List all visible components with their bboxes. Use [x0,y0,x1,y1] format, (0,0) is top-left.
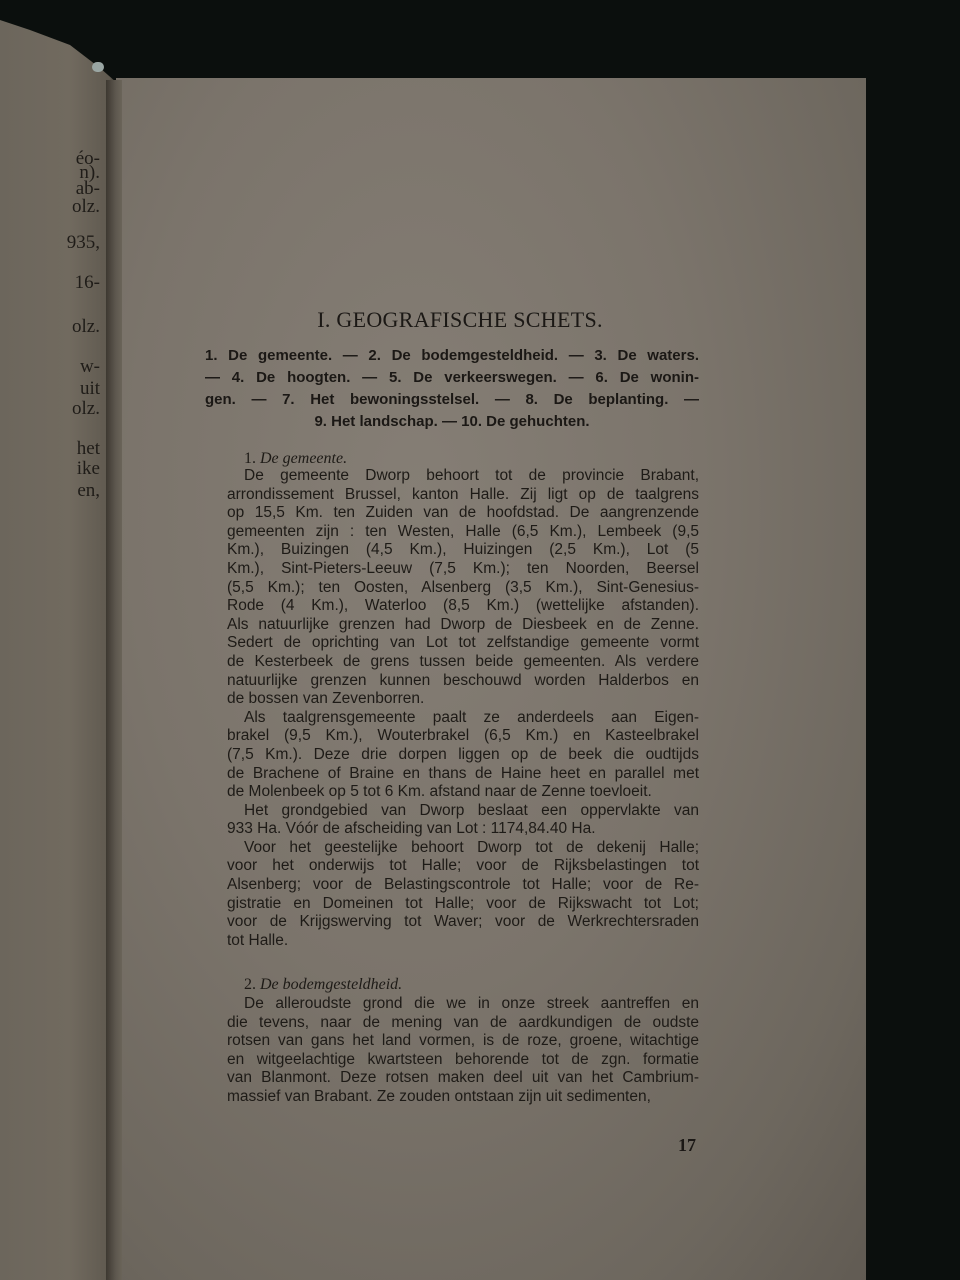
summary-line: 9. Het landschap. — 10. De gehuchten. [205,411,699,433]
section-heading-bodemgesteldheid: 2. De bodemgesteldheid. [244,976,402,994]
body-line: Als natuurlijke grenzen had Dworp de Die… [227,616,699,635]
body-line: Voor het geestelijke behoort Dworp tot d… [227,839,699,858]
left-page-text-fragment: 16- [75,272,100,294]
summary-line: gen. — 7. Het bewoningsstelsel. — 8. De … [205,389,699,411]
section-title: De gemeente. [260,450,347,467]
body-line: 933 Ha. Vóór de afscheiding van Lot : 11… [227,820,699,839]
left-page-text-fragment: olz. [72,316,100,338]
body-line: massief van Brabant. Ze zouden ontstaan … [227,1088,699,1107]
section-heading-gemeente: 1. De gemeente. [244,450,347,468]
left-page-text-fragment: het [77,438,100,460]
body-line: Alsenberg; voor de Belastingscontrole to… [227,876,699,895]
body-line: Rode (4 Km.), Waterloo (8,5 Km.) (wettel… [227,597,699,616]
left-page-text-fragment: ike [77,458,100,480]
summary-line: 1. De gemeente. — 2. De bodemgesteldheid… [205,345,699,367]
body-line: Het grondgebied van Dworp beslaat een op… [227,802,699,821]
section-title: De bodemgesteldheid. [260,976,402,993]
body-line: brakel (9,5 Km.), Wouterbrakel (6,5 Km.)… [227,727,699,746]
body-line: de Brachene of Braine en thans de Haine … [227,765,699,784]
body-line: De gemeente Dworp behoort tot de provinc… [227,467,699,486]
body-line: Km.), Buizingen (4,5 Km.), Huizingen (2,… [227,541,699,560]
section-number: 2. [244,976,256,993]
section-number: 1. [244,450,256,467]
body-line: (7,5 Km.). Deze drie dorpen liggen op de… [227,746,699,765]
body-line: arrondissement Brussel, kanton Halle. Zi… [227,486,699,505]
chapter-summary: 1. De gemeente. — 2. De bodemgesteldheid… [205,345,699,433]
body-line: De alleroudste grond die we in onze stre… [227,995,699,1014]
left-page-text-fragment: olz. [72,196,100,218]
left-page-text-fragment: uit [80,378,100,400]
body-line: Als taalgrensgemeente paalt ze anderdeel… [227,709,699,728]
page-tab-marker [92,62,104,72]
page-number: 17 [678,1135,696,1156]
body-line: de bossen van Zevenborren. [227,690,699,709]
left-page-text-fragment: en, [77,480,100,502]
left-page-text-fragment: w- [80,356,100,378]
summary-line: — 4. De hoogten. — 5. De verkeerswegen. … [205,367,699,389]
chapter-title: I. GEOGRAFISCHE SCHETS. [200,307,720,333]
body-line: de Molenbeek op 5 tot 6 Km. afstand naar… [227,783,699,802]
body-line: op 15,5 Km. ten Zuiden van de hoofdstad.… [227,504,699,523]
body-line: Sedert de oprichting van Lot tot zelfsta… [227,634,699,653]
body-line: voor het onderwijs tot Halle; voor de Ri… [227,857,699,876]
book-gutter [106,80,122,1280]
left-page-text-fragment: olz. [72,398,100,420]
section-body-gemeente: De gemeente Dworp behoort tot de provinc… [227,467,699,950]
body-line: gemeenten zijn : ten Westen, Halle (6,5 … [227,523,699,542]
body-line: rotsen van gans het land vormen, is de r… [227,1032,699,1051]
body-line: en witgeelachtige kwartsteen behorende t… [227,1051,699,1070]
body-line: de Kesterbeek de grens tussen beide geme… [227,653,699,672]
left-page: éo-n).ab-olz.935,16-olz.w-uitolz.hetikee… [0,0,116,1280]
left-page-text-fragment: 935, [67,232,100,254]
body-line: tot Halle. [227,932,699,951]
body-line: Km.), Sint-Pieters-Leeuw (7,5 Km.); ten … [227,560,699,579]
body-line: die tevens, naar de mening van de aardku… [227,1014,699,1033]
body-line: van Blanmont. Deze rotsen maken deel uit… [227,1069,699,1088]
body-line: gistratie en Domeinen tot Halle; voor de… [227,895,699,914]
section-body-bodemgesteldheid: De alleroudste grond die we in onze stre… [227,995,699,1107]
body-line: (5,5 Km.); ten Oosten, Alsenberg (3,5 Km… [227,579,699,598]
body-line: natuurlijke grenzen kunnen beschouwd wor… [227,672,699,691]
body-line: voor de Krijgswerving tot Waver; voor de… [227,913,699,932]
